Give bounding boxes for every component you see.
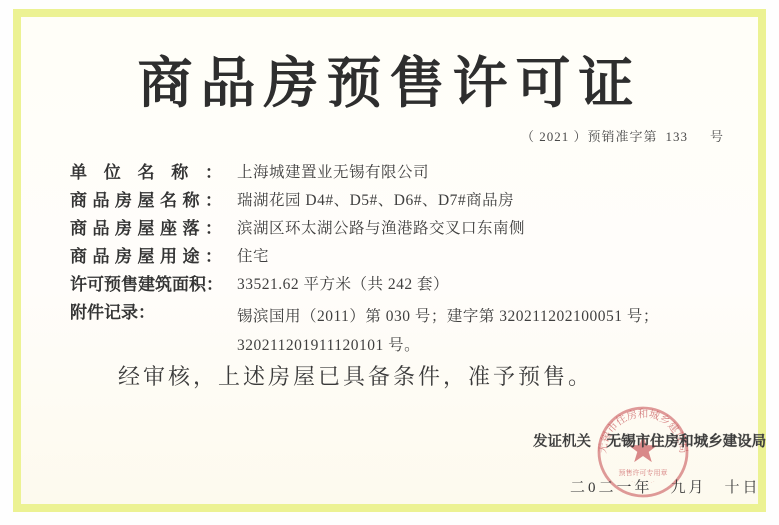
cert-number-value: 133 [666, 129, 689, 144]
issue-date: 二0二一年 九月 十日 [570, 476, 761, 497]
issuer-name: 无锡市住房和城乡建设局 [607, 434, 767, 450]
field-label: 许可预售建筑面积： [70, 274, 222, 296]
field-value: 上海城建置业无锡有限公司 [237, 162, 429, 184]
field-row-usage: 商品房屋用途： 住宅 [70, 246, 269, 268]
field-label: 单位名称： [70, 162, 222, 184]
field-label: 商品房屋座落： [70, 218, 222, 240]
field-row-attachments: 附件记录： 锡滨国用（2011）第 030 号；建字第 320211202100… [70, 302, 717, 360]
field-value: 锡滨国用（2011）第 030 号；建字第 320211202100051 号；… [237, 302, 717, 360]
field-label: 附件记录： [70, 302, 222, 324]
issuer-label: 发证机关 [533, 434, 591, 450]
field-label: 商品房屋名称： [70, 190, 222, 212]
field-value: 住宅 [237, 246, 269, 268]
cert-number-prefix: （ 2021 ）预销准字第 [521, 129, 658, 144]
field-row-location: 商品房屋座落： 滨湖区环太湖公路与渔港路交叉口东南侧 [70, 218, 525, 240]
field-value: 滨湖区环太湖公路与渔港路交叉口东南侧 [237, 218, 525, 240]
attachment-line-1: 锡滨国用（2011）第 030 号；建字第 320211202100051 号； [237, 302, 717, 331]
attachment-line-2: 320211201911120101 号。 [237, 331, 717, 360]
field-row-company: 单位名称： 上海城建置业无锡有限公司 [70, 162, 429, 184]
cert-number-unit: 号 [710, 129, 724, 144]
page-title: 商品房预售许可证 [21, 51, 758, 115]
issuer-row: 发证机关 无锡市住房和城乡建设局 [533, 430, 766, 451]
approval-statement: 经审核，上述房屋已具备条件，准予预售。 [118, 360, 593, 391]
field-label: 商品房屋用途： [70, 246, 222, 268]
certificate-number: （ 2021 ）预销准字第133号 [521, 126, 751, 145]
field-value: 瑞湖花园 D4#、D5#、D6#、D7#商品房 [237, 190, 514, 212]
field-row-area: 许可预售建筑面积： 33521.62 平方米（共 242 套） [70, 274, 449, 296]
certificate-frame: 商品房预售许可证 （ 2021 ）预销准字第133号 单位名称： 上海城建置业无… [13, 9, 766, 512]
field-row-project-name: 商品房屋名称： 瑞湖花园 D4#、D5#、D6#、D7#商品房 [70, 190, 514, 212]
field-value: 33521.62 平方米（共 242 套） [237, 274, 449, 296]
